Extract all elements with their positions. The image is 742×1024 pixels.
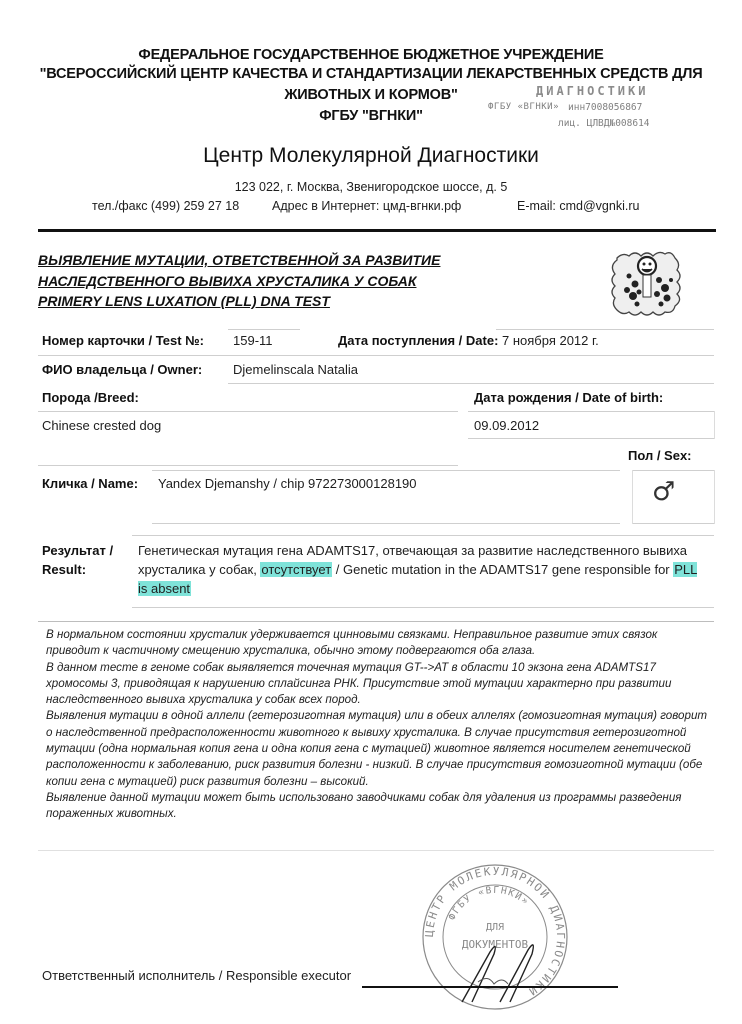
note-paragraph: В данном тесте в геноме собак выявляется…	[46, 660, 714, 709]
breed-value: Chinese crested dog	[42, 418, 161, 433]
cell-border	[152, 470, 620, 471]
result-text-part-2: / Genetic mutation in the ADAMTS17 gene …	[332, 562, 673, 577]
result-label-ru: Результат /	[42, 541, 113, 560]
dob-label: Дата рождения / Date of birth:	[474, 390, 663, 405]
date-received-label: Дата поступления / Date:	[338, 333, 498, 348]
note-paragraph: В нормальном состоянии хрусталик удержив…	[46, 627, 714, 660]
row-divider	[468, 438, 714, 439]
org-line-1: ФЕДЕРАЛЬНОЕ ГОСУДАРСТВЕННОЕ БЮДЖЕТНОЕ УЧ…	[0, 47, 742, 63]
row-divider	[38, 411, 458, 412]
test-description: В нормальном состоянии хрусталик удержив…	[46, 627, 714, 823]
stamp-line-1: ДИАГНОСТИКИ	[536, 84, 648, 98]
phone: тел./факс (499) 259 27 18	[92, 199, 239, 213]
test-title-line-2: НАСЛЕДСТВЕННОГО ВЫВИХА ХРУСТАЛИКА У СОБА…	[38, 271, 440, 292]
header-divider	[38, 229, 716, 232]
row-divider	[468, 411, 714, 412]
result-label-en: Result:	[42, 560, 113, 579]
responsible-executor-label: Ответственный исполнитель / Responsible …	[42, 968, 351, 983]
note-paragraph: Выявление данной мутации может быть испо…	[46, 790, 714, 823]
notes-top-border	[38, 621, 714, 622]
cell-border	[632, 523, 714, 524]
test-title-line-1: ВЫЯВЛЕНИЕ МУТАЦИИ, ОТВЕТСТВЕННОЙ ЗА РАЗВ…	[38, 250, 440, 271]
male-symbol-icon: ♂	[652, 477, 675, 507]
date-received-value: 7 ноября 2012 г.	[502, 333, 599, 348]
row-divider	[38, 465, 458, 466]
org-line-2: "ВСЕРОССИЙСКИЙ ЦЕНТР КАЧЕСТВА И СТАНДАРТ…	[0, 66, 742, 82]
result-text: Генетическая мутация гена ADAMTS17, отве…	[138, 541, 708, 598]
breed-label: Порода /Breed:	[42, 390, 139, 405]
address: 123 022, г. Москва, Звенигородское шоссе…	[0, 180, 742, 194]
test-number-label: Номер карточки / Test №:	[42, 333, 204, 348]
center-name: Центр Молекулярной Диагностики	[0, 144, 742, 168]
cell-border	[632, 470, 633, 524]
name-label: Кличка / Name:	[42, 476, 138, 491]
sex-label: Пол / Sex:	[628, 448, 692, 463]
stamp-line-4: лиц. ЦЛВД№008614	[558, 118, 650, 129]
name-value: Yandex Djemanshy / chip 972273000128190	[158, 476, 417, 491]
notes-bottom-border	[38, 850, 714, 851]
test-title-line-3: PRIMERY LENS LUXATION (PLL) DNA TEST	[38, 291, 440, 312]
signature	[462, 946, 495, 1002]
stamp-line-2: ФГБУ «ВГНКИ»	[488, 102, 559, 112]
seal-center-line-1: ДЛЯ	[486, 922, 504, 933]
test-title: ВЫЯВЛЕНИЕ МУТАЦИИ, ОТВЕТСТВЕННОЙ ЗА РАЗВ…	[38, 250, 440, 312]
owner-label: ФИО владельца / Owner:	[42, 362, 202, 377]
cell-border	[132, 607, 714, 608]
row-divider	[228, 383, 714, 384]
note-paragraph: Выявления мутации в одной аллели (гетеро…	[46, 708, 714, 789]
cell-border	[632, 470, 714, 471]
test-number-value: 159-11	[233, 333, 273, 348]
cell-border	[714, 411, 715, 439]
dog-logo-icon	[607, 244, 689, 322]
stamp-line-3: инн7008056867	[568, 102, 642, 113]
cell-border	[228, 329, 300, 330]
cell-border	[152, 523, 620, 524]
result-label: Результат / Result:	[42, 541, 113, 579]
cell-border	[132, 535, 714, 536]
round-seal-icon: ЦЕНТР МОЛЕКУЛЯРНОЙ ДИАГНОСТИКИ ФГБУ «ВГН…	[420, 862, 570, 1012]
dob-value: 09.09.2012	[474, 418, 539, 433]
email-link[interactable]: E-mail: cmd@vgnki.ru	[517, 199, 639, 213]
website-link[interactable]: Адрес в Интернет: цмд-вгнки.рф	[272, 199, 461, 213]
result-highlight-absent-ru: отсутствует	[260, 562, 332, 577]
owner-value: Djemelinscala Natalia	[233, 362, 358, 377]
cell-border	[496, 329, 714, 330]
signature-line	[362, 986, 618, 988]
cell-border	[714, 470, 715, 524]
row-divider	[38, 355, 714, 356]
